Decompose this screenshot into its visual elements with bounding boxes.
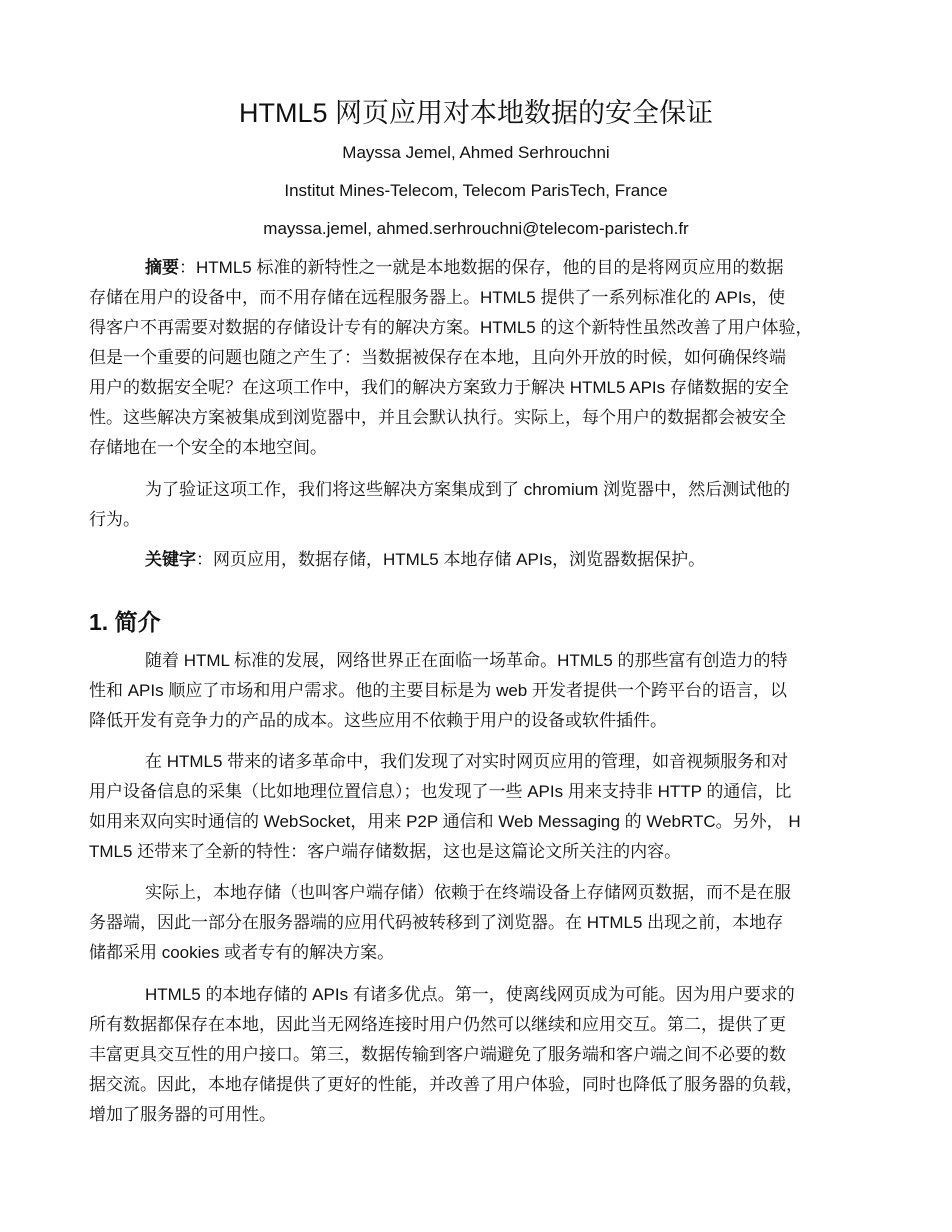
body-line: 降低开发有竞争力的产品的成本。这些应用不依赖于用户的设备或软件插件。 xyxy=(89,710,667,732)
abstract-line: 为了验证这项工作，我们将这些解决方案集成到了 chromium 浏览器中，然后测… xyxy=(145,479,790,501)
abstract-line: 得客户不再需要对数据的存储设计专有的解决方案。HTML5 的这个新特性虽然改善了… xyxy=(89,317,812,339)
body-line: 丰富更具交互性的用户接口。第三，数据传输到客户端避免了服务端和客户端之间不必要的… xyxy=(89,1044,786,1066)
abstract-text: ：HTML5 标准的新特性之一就是本地数据的保存，他的目的是将网页应用的数据 xyxy=(179,258,783,277)
abstract-line: 存储地在一个安全的本地空间。 xyxy=(89,437,327,459)
body-line: 用户设备信息的采集（比如地理位置信息）；也发现了一些 APIs 用来支持非 HT… xyxy=(89,781,791,803)
email: mayssa.jemel, ahmed.serhrouchni@telecom-… xyxy=(0,218,952,240)
body-line: 在 HTML5 带来的诸多革命中，我们发现了对实时网页应用的管理，如音视频服务和… xyxy=(145,751,788,773)
body-line: 增加了服务器的可用性。 xyxy=(89,1104,276,1126)
abstract-label: 摘要 xyxy=(145,258,179,277)
paper-title: HTML5 网页应用对本地数据的安全保证 xyxy=(0,96,952,130)
body-line: 实际上，本地存储（也叫客户端存储）依赖于在终端设备上存储网页数据，而不是在服 xyxy=(145,882,791,904)
body-line: 据交流。因此，本地存储提供了更好的性能，并改善了用户体验，同时也降低了服务器的负… xyxy=(89,1074,803,1096)
abstract-line: 但是一个重要的问题也随之产生了：当数据被保存在本地，且向外开放的时候，如何确保终… xyxy=(89,347,786,369)
abstract-line: 存储在用户的设备中，而不用存储在远程服务器上。HTML5 提供了一系列标准化的 … xyxy=(89,287,785,309)
section-heading: 1. 简介 xyxy=(89,607,161,637)
keywords-text: ：网页应用，数据存储，HTML5 本地存储 APIs，浏览器数据保护。 xyxy=(196,550,705,569)
abstract-line: 用户的数据安全呢？在这项工作中，我们的解决方案致力于解决 HTML5 APIs … xyxy=(89,377,789,399)
keywords-label: 关键字 xyxy=(145,550,196,569)
authors: Mayssa Jemel, Ahmed Serhrouchni xyxy=(0,142,952,164)
paper-page: HTML5 网页应用对本地数据的安全保证 Mayssa Jemel, Ahmed… xyxy=(0,0,952,1232)
body-line: 随着 HTML 标准的发展，网络世界正在面临一场革命。HTML5 的那些富有创造… xyxy=(145,650,788,672)
body-line: 性和 APIs 顺应了市场和用户需求。他的主要目标是为 web 开发者提供一个跨… xyxy=(89,680,787,702)
keywords-line: 关键字：网页应用，数据存储，HTML5 本地存储 APIs，浏览器数据保护。 xyxy=(145,549,705,571)
abstract-line: 行为。 xyxy=(89,509,140,531)
abstract-line: 摘要：HTML5 标准的新特性之一就是本地数据的保存，他的目的是将网页应用的数据 xyxy=(145,257,783,279)
body-line: 如用来双向实时通信的 WebSocket，用来 P2P 通信和 Web Mess… xyxy=(89,811,801,833)
body-line: 务器端，因此一部分在服务器端的应用代码被转移到了浏览器。在 HTML5 出现之前… xyxy=(89,912,783,934)
abstract-line: 性。这些解决方案被集成到浏览器中，并且会默认执行。实际上，每个用户的数据都会被安… xyxy=(89,407,786,429)
body-line: TML5 还带来了全新的特性：客户端存储数据，这也是这篇论文所关注的内容。 xyxy=(89,841,681,863)
body-line: 储都采用 cookies 或者专有的解决方案。 xyxy=(89,942,394,964)
body-line: HTML5 的本地存储的 APIs 有诸多优点。第一，使离线网页成为可能。因为用… xyxy=(145,984,795,1006)
body-line: 所有数据都保存在本地，因此当无网络连接时用户仍然可以继续和应用交互。第二，提供了… xyxy=(89,1014,786,1036)
affiliation: Institut Mines-Telecom, Telecom ParisTec… xyxy=(0,180,952,202)
